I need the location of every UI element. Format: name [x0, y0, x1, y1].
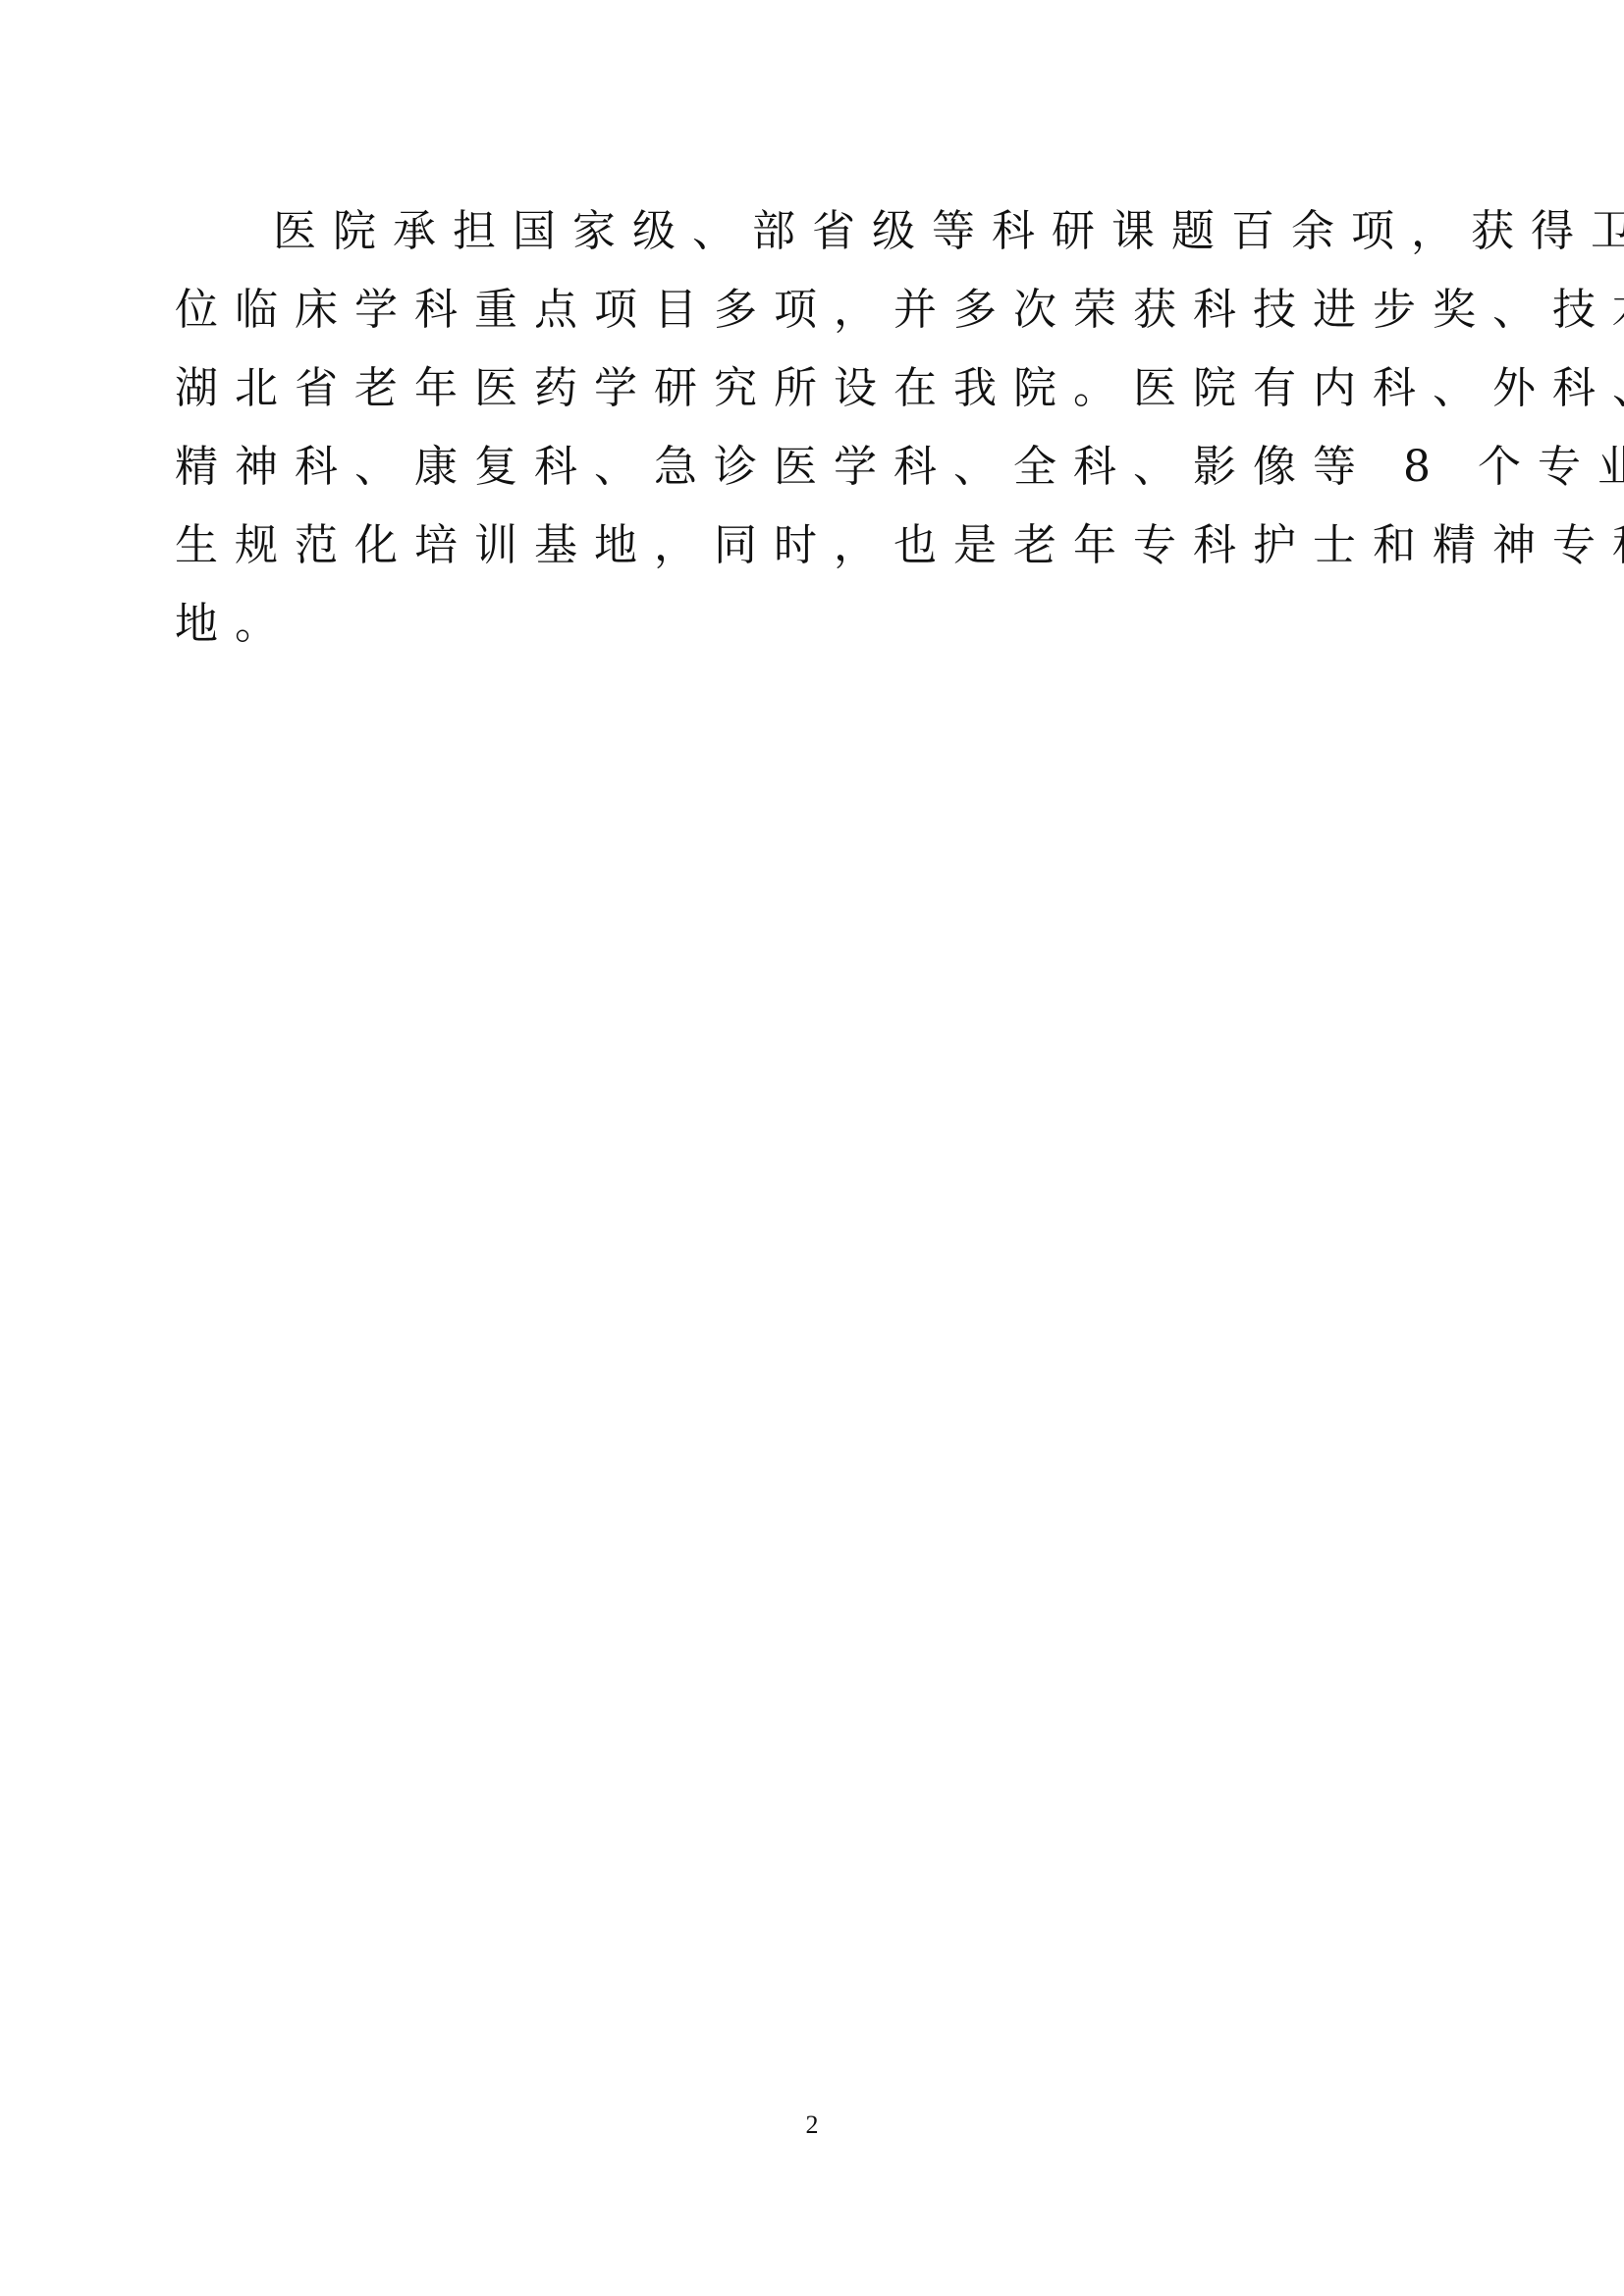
paragraph-line-2: 位临床学科重点项目多项，并多次荣获科技进步奖、技术发明奖等。 — [175, 271, 1467, 349]
paragraph-line-3: 湖北省老年医药学研究所设在我院。医院有内科、外科、神经内科、 — [175, 349, 1467, 428]
paragraph-line-5: 生规范化培训基地，同时，也是老年专科护士和精神专科护士培训基 — [175, 507, 1467, 585]
paragraph-line-6: 地。 — [175, 585, 1467, 664]
document-page: 医院承担国家级、部省级等科研课题百余项，获得卫健委直属单 位临床学科重点项目多项… — [0, 0, 1624, 2296]
paragraph-line-4: 精神科、康复科、急诊医学科、全科、影像等 8 个专业的省级住院医 — [175, 428, 1467, 507]
paragraph-line-1: 医院承担国家级、部省级等科研课题百余项，获得卫健委直属单 — [175, 192, 1467, 271]
body-paragraph: 医院承担国家级、部省级等科研课题百余项，获得卫健委直属单 位临床学科重点项目多项… — [175, 192, 1467, 664]
page-number: 2 — [0, 2110, 1624, 2140]
